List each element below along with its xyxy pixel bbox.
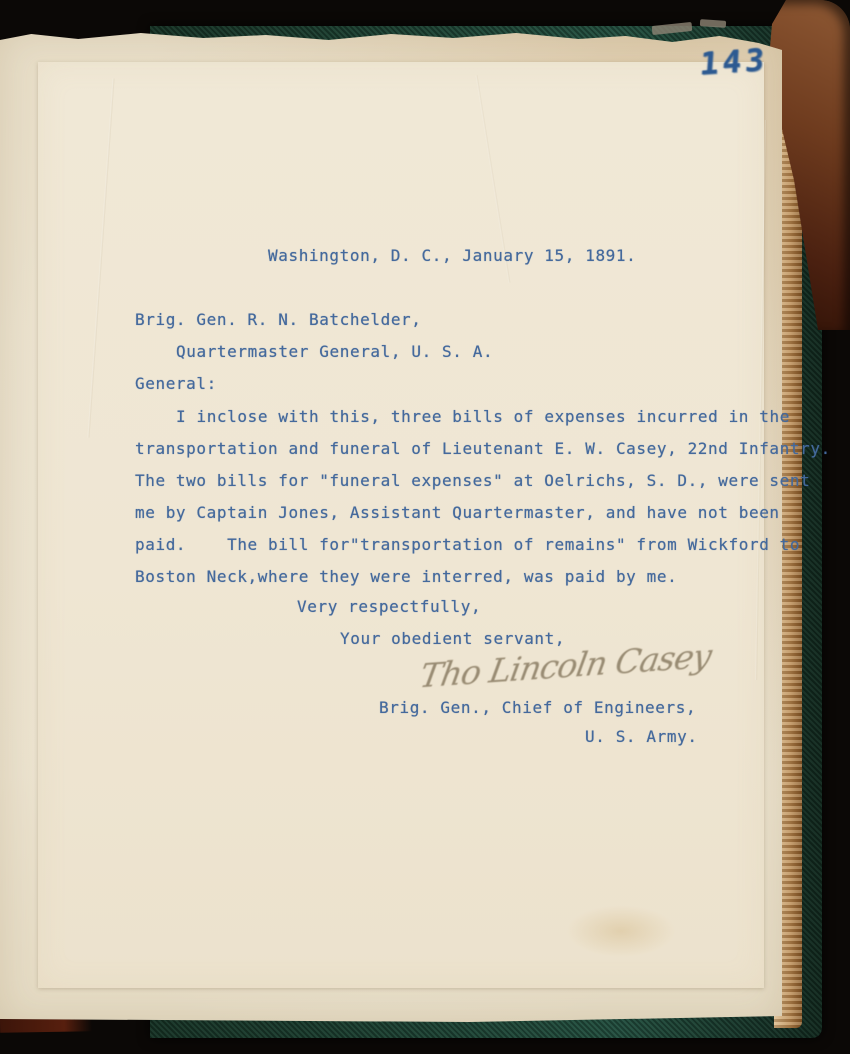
closing-line: Your obedient servant, [340, 629, 565, 649]
recipient-name-line: Brig. Gen. R. N. Batchelder, [135, 310, 422, 330]
page-number-stamp: 143 [699, 41, 769, 82]
body-line: paid. The bill for"transportation of rem… [135, 535, 800, 555]
body-line: The two bills for "funeral expenses" at … [135, 471, 810, 491]
dateline: Washington, D. C., January 15, 1891. [268, 246, 636, 266]
salutation: General: [135, 374, 217, 394]
body-line: Boston Neck,where they were interred, wa… [135, 567, 677, 587]
paper-stain [566, 905, 676, 957]
closing-line: Very respectfully, [297, 597, 481, 617]
signer-org-line: U. S. Army. [585, 727, 698, 747]
body-line: I inclose with this, three bills of expe… [176, 407, 790, 427]
scanned-book-photo: 143 Washington, D. C., January 15, 1891.… [0, 0, 850, 1054]
signer-title-line: Brig. Gen., Chief of Engineers, [379, 698, 696, 718]
recipient-title-line: Quartermaster General, U. S. A. [176, 342, 493, 362]
letter-sheet [38, 62, 764, 988]
body-line: me by Captain Jones, Assistant Quarterma… [135, 503, 780, 523]
body-line: transportation and funeral of Lieutenant… [135, 439, 831, 459]
